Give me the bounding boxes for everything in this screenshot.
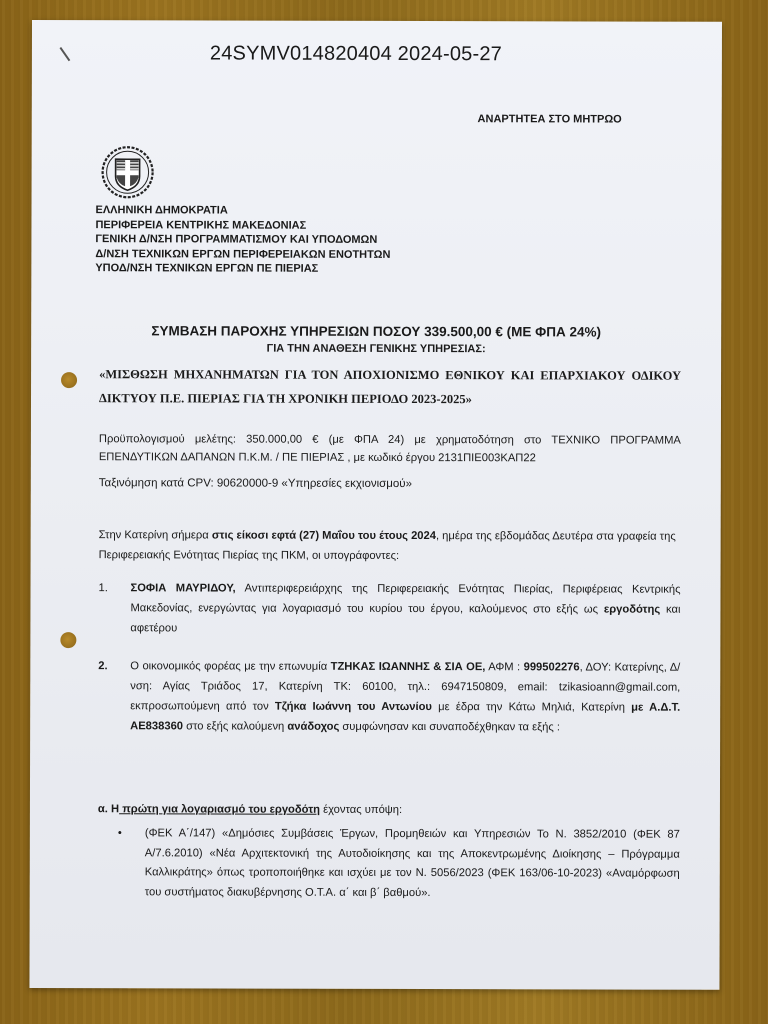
employer-name: ΣΟΦΙΑ ΜΑΥΡΙΔΟΥ, [130, 582, 235, 594]
contract-date: στις είκοσι εφτά (27) Μαΐου του έτους 20… [212, 529, 436, 542]
employer-role: εργοδότης [604, 603, 660, 615]
punch-hole [60, 632, 76, 648]
legal-basis-item: • (ΦΕΚ Α΄/147) «Δημόσιες Συμβάσεις Έργων… [118, 824, 680, 903]
party-contractor: 2. Ο οικονομικός φορέας με την επωνυμία … [98, 656, 680, 738]
party-text: ΑΦΜ : [485, 661, 523, 673]
party-text: με έδρα την Κάτω Μηλιά, Κατερίνη [432, 701, 631, 714]
party-employer: 1. ΣΟΦΙΑ ΜΑΥΡΙΔΟΥ, Αντιπεριφερειάρχης τη… [98, 578, 680, 640]
contractor-role: ανάδοχος [287, 721, 339, 733]
party-text: συμφώνησαν και συναποδέχθηκαν τα εξής : [339, 721, 560, 734]
section-underlined-text: πρώτη για λογαριασμό του εργοδότη [119, 803, 320, 816]
authority-line: ΕΛΛΗΝΙΚΗ ΔΗΜΟΚΡΑΤΙΑ [95, 203, 390, 218]
intro-paragraph: Στην Κατερίνη σήμερα στις είκοσι εφτά (2… [99, 525, 681, 567]
registry-posting-note: ΑΝΑΡΤΗΤΕΑ ΣΤΟ ΜΗΤΡΩΟ [478, 113, 622, 125]
authority-line: ΓΕΝΙΚΗ Δ/ΝΣΗ ΠΡΟΓΡΑΜΜΑΤΙΣΜΟΥ ΚΑΙ ΥΠΟΔΟΜΩ… [95, 232, 390, 247]
document-id-stamp: 24SYMV014820404 2024-05-27 [210, 42, 502, 66]
bullet-icon: • [118, 824, 122, 844]
cpv-classification: Ταξινόμηση κατά CPV: 90620000-9 «Υπηρεσί… [99, 477, 412, 490]
document-page: 24SYMV014820404 2024-05-27 ΑΝΑΡΤΗΤΕΑ ΣΤΟ… [29, 20, 722, 990]
greek-coat-of-arms-icon [100, 144, 156, 200]
authority-line: ΥΠΟΔ/ΝΣΗ ΤΕΧΝΙΚΩΝ ΕΡΓΩΝ ΠΕ ΠΙΕΡΙΑΣ [95, 261, 390, 276]
party-text: στο εξής καλούμενη [183, 720, 287, 732]
section-a-heading: α. Η πρώτη για λογαριασμό του εργοδότη έ… [98, 803, 402, 816]
party-text: Ο οικονομικός φορέας με την επωνυμία [130, 660, 330, 673]
pen-mark [60, 47, 71, 61]
section-text: έχοντας υπόψη: [320, 804, 402, 816]
budget-paragraph: Προϋπολογισμού μελέτης: 350.000,00 € (με… [99, 430, 681, 468]
contractor-afm: 999502276 [524, 661, 580, 673]
party-number: 1. [98, 578, 107, 598]
section-label: α. Η [98, 803, 119, 815]
contractor-company: ΤΖΗΚΑΣ ΙΩΑΝΝΗΣ & ΣΙΑ ΟΕ, [331, 661, 486, 673]
issuing-authority-block: ΕΛΛΗΝΙΚΗ ΔΗΜΟΚΡΑΤΙΑ ΠΕΡΙΦΕΡΕΙΑ ΚΕΝΤΡΙΚΗΣ… [95, 203, 390, 276]
contract-title: ΣΥΜΒΑΣΗ ΠΑΡΟΧΗΣ ΥΠΗΡΕΣΙΩΝ ΠΟΣΟΥ 339.500,… [31, 323, 721, 340]
service-title: «ΜΙΣΘΩΣΗ ΜΗΧΑΝΗΜΑΤΩΝ ΓΙΑ ΤΟΝ ΑΠΟΧΙΟΝΙΣΜΟ… [99, 362, 681, 412]
party-number: 2. [98, 656, 107, 676]
authority-line: ΠΕΡΙΦΕΡΕΙΑ ΚΕΝΤΡΙΚΗΣ ΜΑΚΕΔΟΝΙΑΣ [95, 218, 390, 233]
contractor-representative: Τζήκα Ιωάννη του Αντωνίου [275, 701, 432, 713]
punch-hole [61, 372, 77, 388]
authority-line: Δ/ΝΣΗ ΤΕΧΝΙΚΩΝ ΕΡΓΩΝ ΠΕΡΙΦΕΡΕΙΑΚΩΝ ΕΝΟΤΗ… [95, 247, 390, 262]
legal-basis-text: (ΦΕΚ Α΄/147) «Δημόσιες Συμβάσεις Έργων, … [145, 824, 680, 903]
contract-subtitle: ΓΙΑ ΤΗΝ ΑΝΑΘΕΣΗ ΓΕΝΙΚΗΣ ΥΠΗΡΕΣΙΑΣ: [31, 342, 721, 356]
intro-text: Στην Κατερίνη σήμερα [99, 529, 212, 541]
